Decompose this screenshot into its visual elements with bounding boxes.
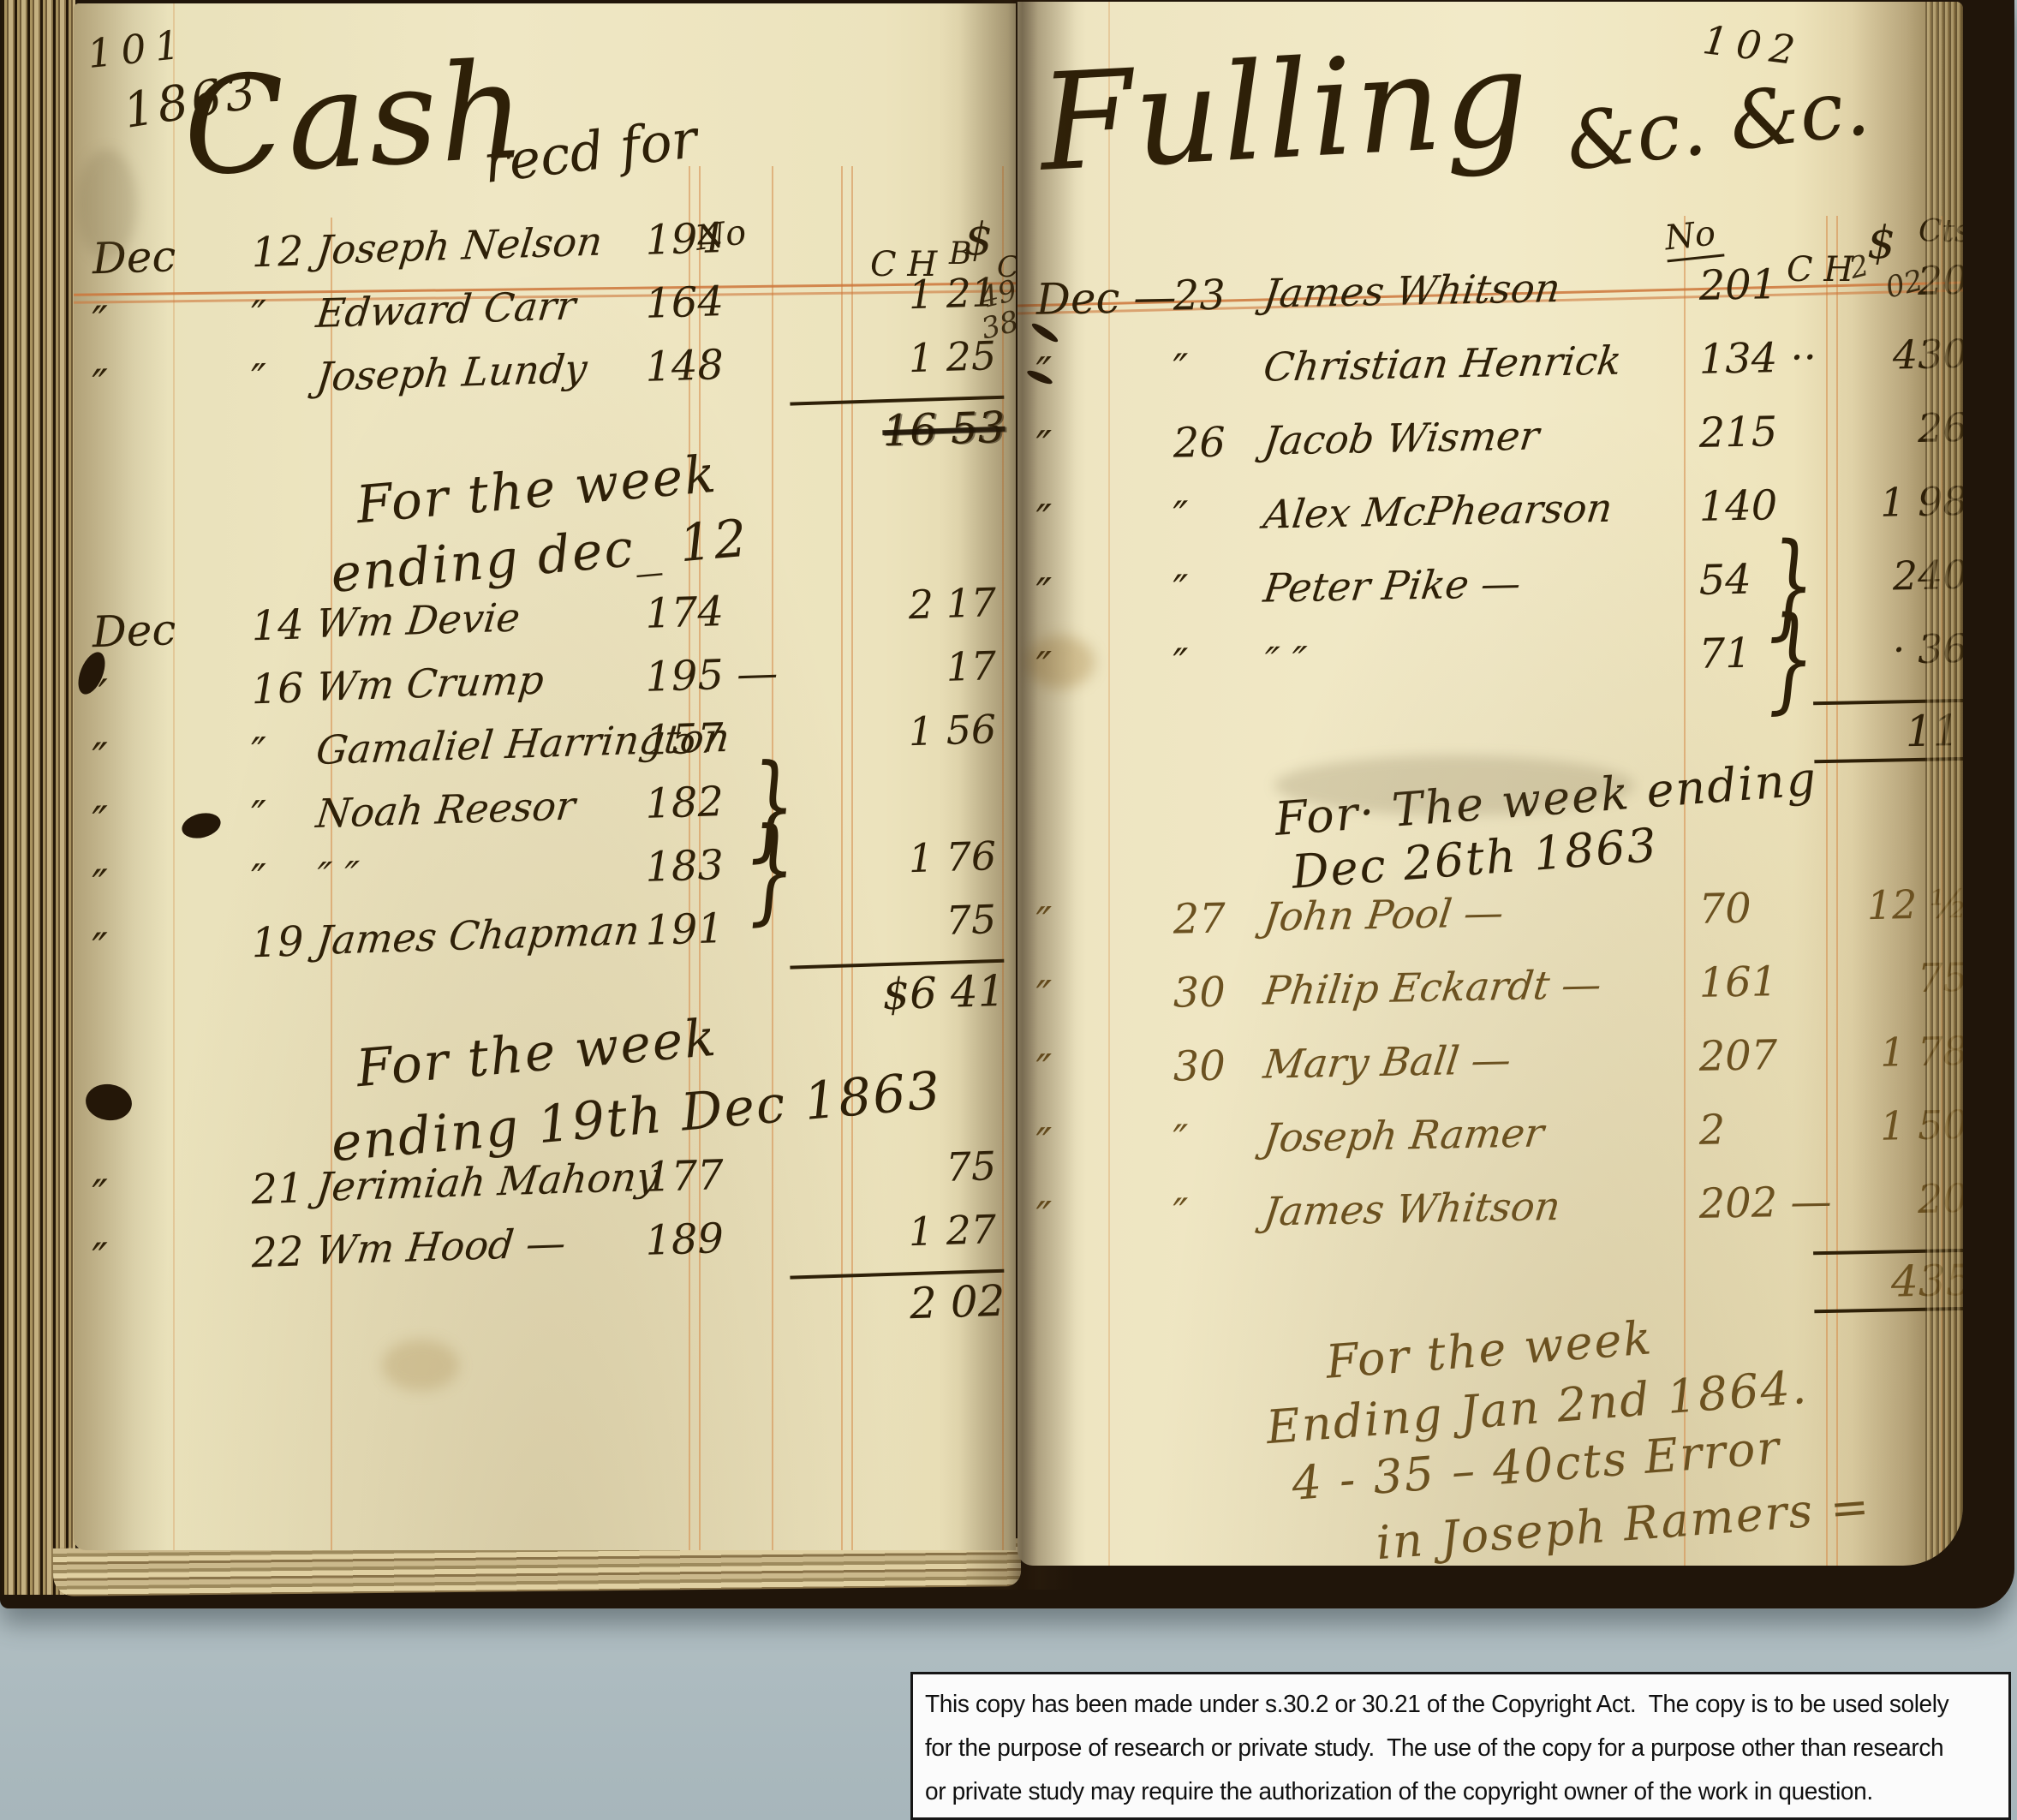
entry-amount: · 36 — [1803, 625, 1963, 675]
entry-day: 30 — [1173, 968, 1226, 1017]
entry-amount: 75 — [1803, 954, 1963, 1004]
entry-name: Jacob Wismer — [1261, 412, 1542, 463]
entry-account-no: 191 — [644, 904, 724, 955]
entry-account-no: 189 — [644, 1214, 724, 1265]
total-amount: 435 ½ — [1813, 1248, 1963, 1314]
entry-amount: 1 56 — [809, 706, 997, 758]
entry-day: 19 — [251, 917, 305, 967]
entry-day: 27 — [1173, 894, 1226, 943]
entry-name: Joseph Lundy — [314, 345, 590, 400]
entry-amount: 12 ½ — [1803, 880, 1963, 930]
entry-day: 16 — [251, 664, 305, 713]
total-amount: 2 02 — [790, 1269, 1006, 1333]
entry-day: 23 — [1173, 271, 1226, 319]
entry-month: Dec — [92, 605, 176, 657]
entry-month: ″ — [92, 1234, 110, 1285]
entry-amount: 240 — [1803, 552, 1963, 601]
entry-month: ″ — [1035, 569, 1053, 618]
page-smudge — [77, 149, 137, 260]
page-stain — [382, 1340, 459, 1391]
entry-account-no: 207 — [1698, 1031, 1778, 1081]
entry-amount: 1 76 — [809, 832, 997, 885]
entry-account-no: 164 — [644, 277, 724, 328]
entry-day: 21 — [251, 1164, 305, 1214]
entry-day: ″ — [251, 729, 268, 778]
entry-account-no: 157 — [644, 714, 724, 765]
entry-name: Wm Crump — [314, 657, 546, 711]
ledger-entry-row: ″30Philip Eckardt —16175 — [1017, 954, 1963, 1041]
entry-account-no: 70 — [1698, 885, 1751, 934]
entry-amount: 75 — [809, 1143, 997, 1195]
entry-month: ″ — [1035, 495, 1053, 545]
entry-account-no: 182 — [644, 778, 724, 828]
entry-amount: 1 21 — [809, 269, 997, 321]
entry-name: ″ ″ — [314, 852, 361, 900]
ledger-entry-row: ″″Christian Henrick134 ··430 — [1017, 331, 1963, 417]
entry-name: Wm Devie — [314, 594, 522, 647]
entry-account-no: 148 — [644, 341, 724, 391]
entry-account-no: 194 — [644, 214, 724, 265]
ledger-entry-row: Dec —23James Whitson20120 — [1017, 257, 1963, 343]
column-header-no: No — [1663, 213, 1725, 263]
entry-name: Joseph Ramer — [1261, 1109, 1546, 1161]
entry-account-no: 174 — [644, 588, 724, 638]
entry-name: Noah Reesor — [314, 782, 578, 837]
entry-name: Christian Henrick — [1261, 337, 1624, 391]
entry-day: ″ — [1173, 492, 1189, 540]
entry-day: ″ — [1173, 566, 1189, 614]
entry-account-no: 183 — [644, 841, 724, 892]
entry-amount: 1 78 — [1803, 1028, 1963, 1077]
entry-day: 26 — [1173, 418, 1226, 467]
entry-month: ″ — [1035, 971, 1053, 1021]
copyright-notice: This copy has been made under s.30.2 or … — [910, 1672, 2011, 1820]
entry-name: Alex McPhearson — [1261, 485, 1614, 538]
entry-day: 22 — [251, 1227, 305, 1277]
entry-account-no: 134 ·· — [1698, 333, 1817, 384]
entry-name: Peter Pike — — [1261, 560, 1523, 612]
entry-name: James Whitson — [1261, 265, 1562, 317]
entry-amount: 2 17 — [809, 579, 997, 631]
entry-day: ″ — [1173, 640, 1189, 688]
entry-day: ″ — [1173, 1116, 1189, 1164]
entry-account-no: 54 — [1698, 556, 1751, 605]
entry-day: ″ — [251, 355, 268, 404]
entry-day: ″ — [251, 792, 268, 841]
entry-account-no: 2 — [1698, 1106, 1726, 1155]
entry-month: ″ — [92, 361, 110, 411]
entry-name: James Whitson — [1261, 1183, 1562, 1235]
entry-amount: 17 — [809, 642, 997, 695]
scanned-ledger-photo: 101 1863 Cash recd for No C H $ B Cts 49… — [0, 0, 2017, 1820]
entry-account-no: 177 — [644, 1151, 724, 1202]
entry-month: ″ — [92, 797, 110, 848]
copyright-line: This copy has been made under s.30.2 or … — [925, 1683, 1980, 1727]
ledger-entry-row: ″″James Whitson202 —20 — [1017, 1175, 1963, 1262]
entry-day: ″ — [251, 856, 268, 904]
entry-account-no: 195 — — [644, 649, 779, 701]
entry-account-no: 201 — [1698, 260, 1778, 310]
entry-month: ″ — [92, 734, 110, 785]
entry-name: John Pool — — [1261, 889, 1506, 940]
entry-account-no: 161 — [1698, 958, 1778, 1007]
entry-name: Mary Ball — — [1261, 1036, 1513, 1088]
entry-account-no: 71 — [1698, 630, 1751, 678]
entry-amount: 1 27 — [809, 1206, 997, 1258]
entry-name: Edward Carr — [314, 282, 578, 337]
entry-month: ″ — [1035, 1119, 1053, 1168]
entry-month: ″ — [1035, 1045, 1053, 1095]
entry-name: Wm Hood — — [314, 1220, 569, 1274]
entry-day: 14 — [251, 600, 305, 650]
copyright-line: or private study may require the authori… — [925, 1770, 1980, 1814]
entry-month: ″ — [92, 924, 110, 975]
entry-day: 30 — [1173, 1041, 1226, 1090]
entry-amount — [809, 206, 995, 212]
entry-month: Dec — — [1035, 272, 1177, 325]
entry-amount: 1 98 — [1803, 478, 1963, 528]
entry-name: Joseph Nelson — [314, 218, 606, 273]
entry-name: James Chapman — [314, 907, 642, 964]
ledger-entry-row: ″″″ ″71}· 36 — [1017, 625, 1963, 712]
entry-amount: 20 — [1803, 257, 1963, 307]
entry-amount: 26 — [1803, 404, 1963, 454]
page-title-annex: &c. &c. — [1561, 61, 1874, 188]
ledger-book: 101 1863 Cash recd for No C H $ B Cts 49… — [0, 0, 2014, 1608]
copyright-line: for the purpose of research or private s… — [925, 1727, 1980, 1770]
entry-name: ″ ″ — [1261, 638, 1309, 685]
ledger-entry-row: ″″Alex McPhearson1401 98 — [1017, 478, 1963, 564]
entry-amount: 1 50 — [1803, 1101, 1963, 1151]
ledger-entry-row: ″″Peter Pike —54}240 — [1017, 552, 1963, 638]
entry-name: Jerimiah Mahony — [314, 1153, 662, 1210]
erased-writing-smudge — [1274, 755, 1634, 815]
entry-day: 12 — [251, 227, 305, 277]
page-number: 102 — [1700, 16, 1806, 75]
entry-day: ″ — [1173, 1190, 1189, 1238]
entry-month: ″ — [1035, 1192, 1053, 1242]
page-title: Fulling — [1036, 20, 1534, 201]
entry-amount: 75 — [809, 896, 997, 948]
total-amount: 11 52 — [1813, 698, 1963, 764]
page-title: Cash — [180, 33, 531, 206]
entry-name: Philip Eckardt — — [1261, 961, 1603, 1014]
entry-day: ″ — [251, 292, 268, 341]
entry-month: ″ — [1035, 898, 1053, 947]
ledger-entry-row: ″26Jacob Wismer21526 — [1017, 404, 1963, 491]
entry-month: ″ — [92, 1171, 110, 1221]
ledger-page-right: 102 Fulling &c. &c. No C H $ Cts 2 02 De… — [1017, 2, 1963, 1566]
ledger-entry-row: ″″Joseph Ramer21 50 — [1017, 1101, 1963, 1188]
entry-month: ″ — [92, 861, 110, 911]
entry-amount: 20 — [1803, 1175, 1963, 1225]
ledger-page-left: 101 1863 Cash recd for No C H $ B Cts 49… — [74, 3, 1016, 1550]
ledger-entry-row: ″30Mary Ball —2071 78 — [1017, 1028, 1963, 1114]
left-page-edges — [2, 0, 75, 1595]
entry-amount: 430 — [1803, 331, 1963, 380]
entry-month: ″ — [1035, 421, 1053, 471]
column-header-cts: Cts — [1919, 214, 1963, 249]
entry-amount: 1 25 — [809, 332, 997, 385]
entry-month: ″ — [92, 297, 110, 348]
entry-day: ″ — [1173, 345, 1189, 393]
entry-account-no: 215 — [1698, 408, 1778, 457]
page-stain — [1026, 636, 1095, 689]
